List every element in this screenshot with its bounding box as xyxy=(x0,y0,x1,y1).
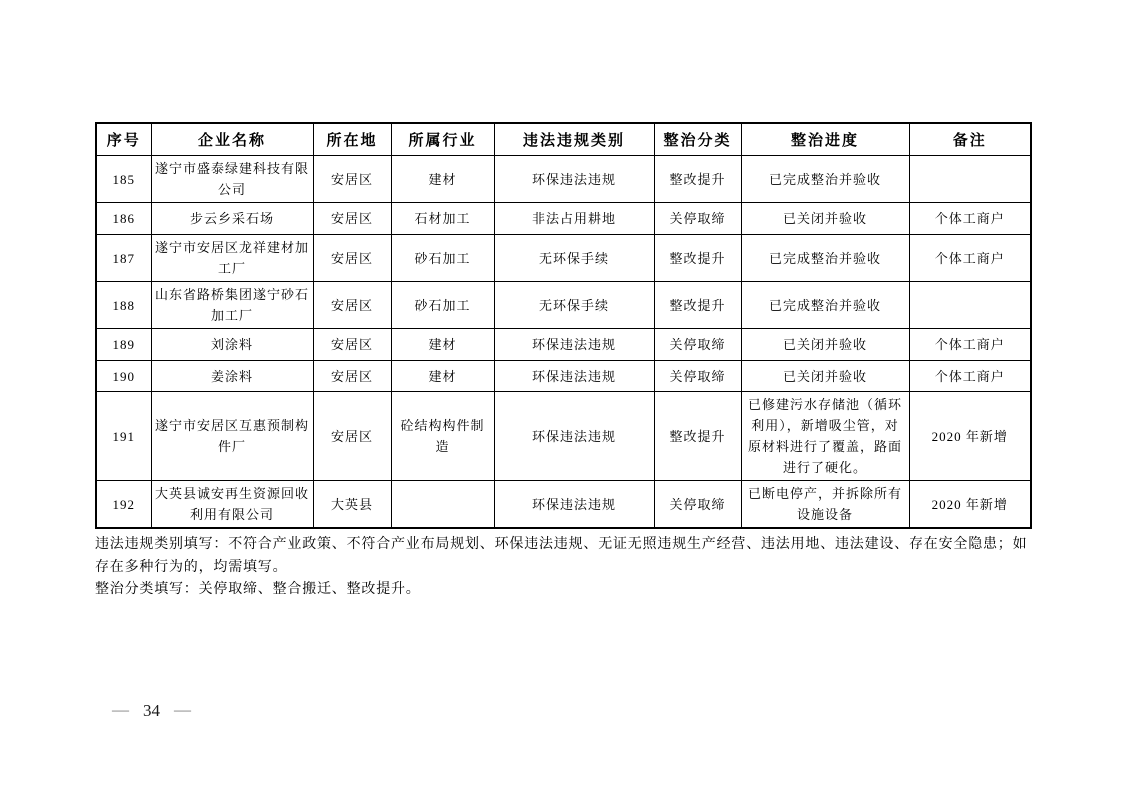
cell-serial: 190 xyxy=(96,361,151,392)
cell-rectification-progress: 已关闭并验收 xyxy=(741,203,909,235)
cell-violation-type: 环保违法违规 xyxy=(494,481,654,529)
cell-location: 安居区 xyxy=(313,361,391,392)
cell-rectification-progress: 已完成整治并验收 xyxy=(741,235,909,282)
cell-rectification-category: 整改提升 xyxy=(654,392,741,481)
col-header-industry: 所属行业 xyxy=(391,123,494,156)
cell-remarks: 个体工商户 xyxy=(909,361,1031,392)
cell-violation-type: 无环保手续 xyxy=(494,235,654,282)
cell-rectification-progress: 已完成整治并验收 xyxy=(741,156,909,203)
cell-location: 安居区 xyxy=(313,235,391,282)
cell-violation-type: 环保违法违规 xyxy=(494,361,654,392)
document-content: 序号 企业名称 所在地 所属行业 违法违规类别 整治分类 整治进度 备注 185… xyxy=(95,122,1031,602)
cell-serial: 185 xyxy=(96,156,151,203)
col-header-violation-type: 违法违规类别 xyxy=(494,123,654,156)
cell-remarks: 2020 年新增 xyxy=(909,392,1031,481)
cell-serial: 189 xyxy=(96,329,151,361)
table-row: 185 遂宁市盛泰绿建科技有限公司 安居区 建材 环保违法违规 整改提升 已完成… xyxy=(96,156,1031,203)
cell-company-name: 姜涂料 xyxy=(151,361,313,392)
cell-remarks xyxy=(909,156,1031,203)
cell-location: 安居区 xyxy=(313,329,391,361)
cell-industry: 石材加工 xyxy=(391,203,494,235)
col-header-location: 所在地 xyxy=(313,123,391,156)
cell-remarks: 个体工商户 xyxy=(909,203,1031,235)
page-number-left-dash: — xyxy=(112,700,129,719)
col-header-remarks: 备注 xyxy=(909,123,1031,156)
cell-rectification-progress: 已关闭并验收 xyxy=(741,361,909,392)
cell-rectification-progress: 已关闭并验收 xyxy=(741,329,909,361)
cell-company-name: 遂宁市盛泰绿建科技有限公司 xyxy=(151,156,313,203)
cell-rectification-category: 整改提升 xyxy=(654,282,741,329)
table-header-row: 序号 企业名称 所在地 所属行业 违法违规类别 整治分类 整治进度 备注 xyxy=(96,123,1031,156)
cell-industry: 建材 xyxy=(391,361,494,392)
cell-industry: 砼结构构件制造 xyxy=(391,392,494,481)
cell-industry xyxy=(391,481,494,529)
cell-violation-type: 环保违法违规 xyxy=(494,392,654,481)
page-number-value: 34 xyxy=(143,701,160,720)
table-row: 186 步云乡采石场 安居区 石材加工 非法占用耕地 关停取缔 已关闭并验收 个… xyxy=(96,203,1031,235)
cell-rectification-progress: 已断电停产，并拆除所有设施设备 xyxy=(741,481,909,529)
cell-location: 安居区 xyxy=(313,156,391,203)
cell-violation-type: 环保违法违规 xyxy=(494,329,654,361)
cell-rectification-progress: 已完成整治并验收 xyxy=(741,282,909,329)
table-footnotes: 违法违规类别填写：不符合产业政策、不符合产业布局规划、环保违法违规、无证无照违规… xyxy=(95,534,1031,602)
document-page: 序号 企业名称 所在地 所属行业 违法违规类别 整治分类 整治进度 备注 185… xyxy=(0,0,1122,793)
cell-serial: 188 xyxy=(96,282,151,329)
cell-rectification-category: 关停取缔 xyxy=(654,481,741,529)
cell-location: 安居区 xyxy=(313,392,391,481)
violation-rectification-table: 序号 企业名称 所在地 所属行业 违法违规类别 整治分类 整治进度 备注 185… xyxy=(95,122,1032,529)
cell-remarks: 个体工商户 xyxy=(909,235,1031,282)
col-header-rectification-category: 整治分类 xyxy=(654,123,741,156)
cell-industry: 建材 xyxy=(391,329,494,361)
cell-serial: 187 xyxy=(96,235,151,282)
cell-company-name: 刘涂料 xyxy=(151,329,313,361)
cell-industry: 砂石加工 xyxy=(391,282,494,329)
cell-serial: 186 xyxy=(96,203,151,235)
cell-company-name: 山东省路桥集团遂宁砂石加工厂 xyxy=(151,282,313,329)
cell-serial: 192 xyxy=(96,481,151,529)
table-row: 191 遂宁市安居区互惠预制构件厂 安居区 砼结构构件制造 环保违法违规 整改提… xyxy=(96,392,1031,481)
table-row: 190 姜涂料 安居区 建材 环保违法违规 关停取缔 已关闭并验收 个体工商户 xyxy=(96,361,1031,392)
page-number: —34— xyxy=(112,701,191,721)
cell-remarks xyxy=(909,282,1031,329)
col-header-serial: 序号 xyxy=(96,123,151,156)
table-row: 192 大英县诚安再生资源回收利用有限公司 大英县 环保违法违规 关停取缔 已断… xyxy=(96,481,1031,529)
cell-rectification-progress: 已修建污水存储池（循环利用），新增吸尘管，对原材料进行了覆盖，路面进行了硬化。 xyxy=(741,392,909,481)
cell-company-name: 遂宁市安居区龙祥建材加工厂 xyxy=(151,235,313,282)
table-row: 188 山东省路桥集团遂宁砂石加工厂 安居区 砂石加工 无环保手续 整改提升 已… xyxy=(96,282,1031,329)
footnote-violation-types: 违法违规类别填写：不符合产业政策、不符合产业布局规划、环保违法违规、无证无照违规… xyxy=(95,534,1031,579)
cell-violation-type: 环保违法违规 xyxy=(494,156,654,203)
footnote-rectification-categories: 整治分类填写：关停取缔、整合搬迁、整改提升。 xyxy=(95,579,1031,602)
cell-industry: 砂石加工 xyxy=(391,235,494,282)
cell-company-name: 步云乡采石场 xyxy=(151,203,313,235)
cell-company-name: 大英县诚安再生资源回收利用有限公司 xyxy=(151,481,313,529)
cell-location: 安居区 xyxy=(313,282,391,329)
cell-location: 安居区 xyxy=(313,203,391,235)
table-row: 187 遂宁市安居区龙祥建材加工厂 安居区 砂石加工 无环保手续 整改提升 已完… xyxy=(96,235,1031,282)
col-header-company: 企业名称 xyxy=(151,123,313,156)
cell-industry: 建材 xyxy=(391,156,494,203)
cell-rectification-category: 整改提升 xyxy=(654,235,741,282)
cell-violation-type: 无环保手续 xyxy=(494,282,654,329)
cell-location: 大英县 xyxy=(313,481,391,529)
col-header-rectification-progress: 整治进度 xyxy=(741,123,909,156)
cell-remarks: 2020 年新增 xyxy=(909,481,1031,529)
cell-rectification-category: 关停取缔 xyxy=(654,329,741,361)
table-row: 189 刘涂料 安居区 建材 环保违法违规 关停取缔 已关闭并验收 个体工商户 xyxy=(96,329,1031,361)
cell-rectification-category: 关停取缔 xyxy=(654,361,741,392)
cell-rectification-category: 整改提升 xyxy=(654,156,741,203)
cell-remarks: 个体工商户 xyxy=(909,329,1031,361)
cell-serial: 191 xyxy=(96,392,151,481)
page-number-right-dash: — xyxy=(174,700,191,719)
cell-violation-type: 非法占用耕地 xyxy=(494,203,654,235)
cell-company-name: 遂宁市安居区互惠预制构件厂 xyxy=(151,392,313,481)
cell-rectification-category: 关停取缔 xyxy=(654,203,741,235)
